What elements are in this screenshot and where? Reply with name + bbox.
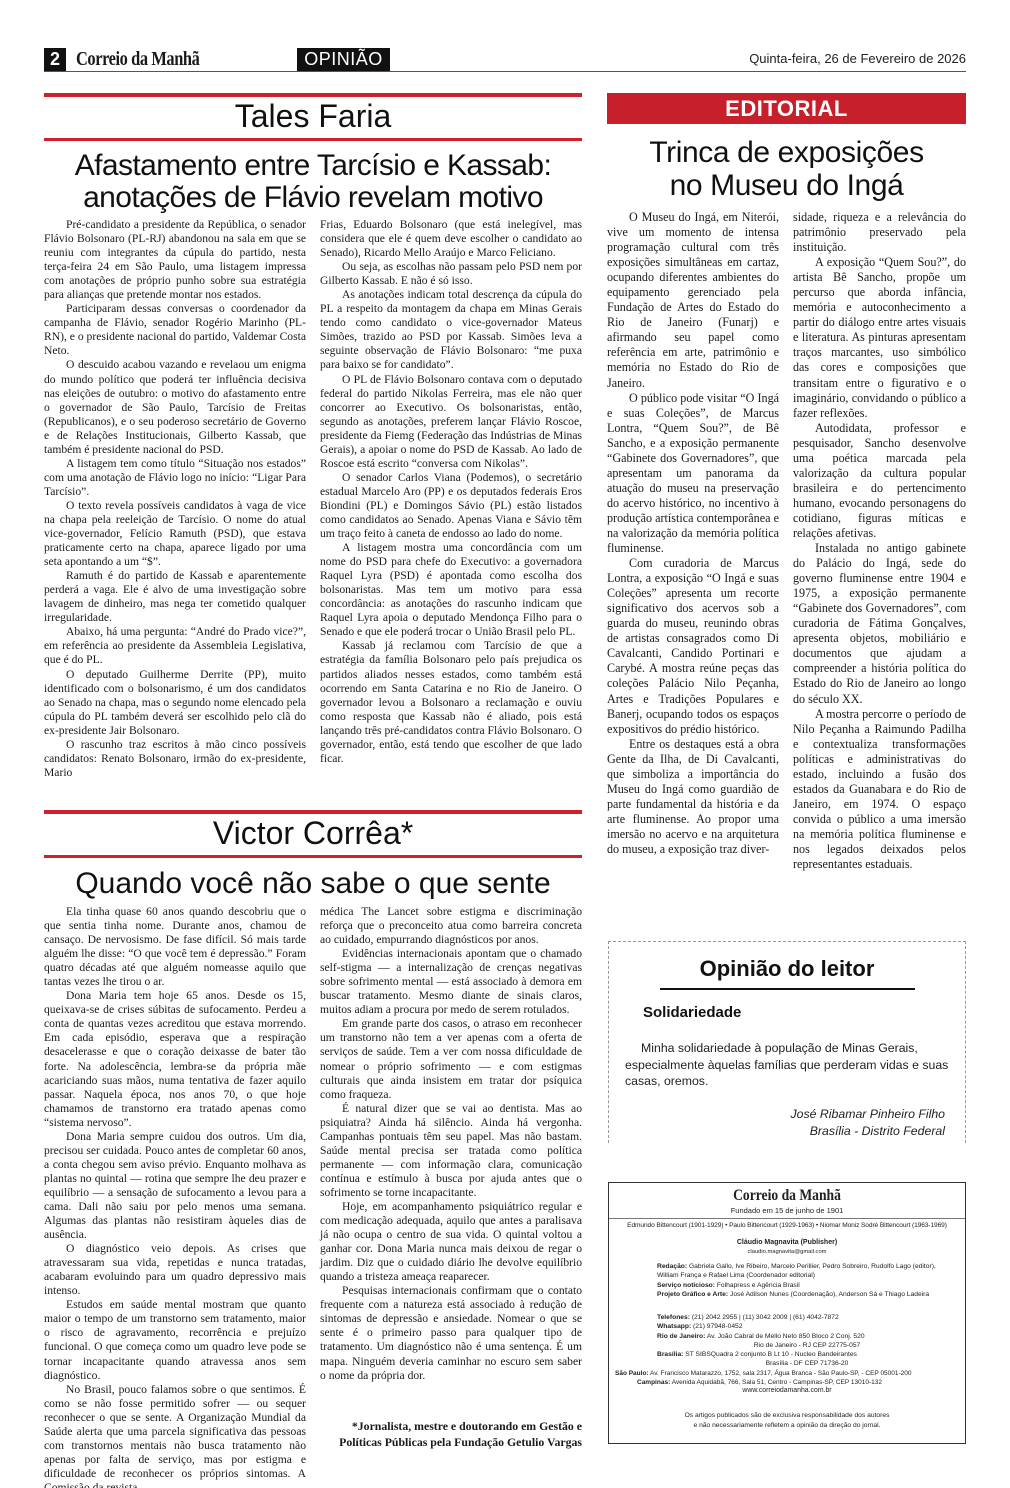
letter-body: Minha solidariedade à população de Minas… bbox=[625, 1040, 955, 1090]
columnist-name: Victor Corrêa* bbox=[44, 815, 582, 852]
paragraph: Evidências internacionais apontam que o … bbox=[320, 947, 582, 1017]
editorial-tag: EDITORIAL bbox=[607, 93, 966, 124]
address-campinas: Avenida Aquidabã, 766, Sala 51, Centro -… bbox=[672, 1379, 882, 1386]
article-column: Ela tinha quase 60 anos quando descobriu… bbox=[44, 905, 306, 1488]
label: São Paulo: bbox=[615, 1370, 649, 1377]
address-brasilia-line2: Brasília - DF CEP 71736-20 bbox=[657, 1359, 957, 1368]
address-rio-line2: Rio de Janeiro - RJ CEP 22775-057 bbox=[657, 1341, 957, 1350]
publisher: Cláudio Magnavita (Publisher) bbox=[609, 1239, 965, 1246]
paragraph: Instalada no antigo gabinete do Palácio … bbox=[793, 541, 966, 707]
paragraph: Dona Maria tem hoje 65 anos. Desde os 15… bbox=[44, 989, 306, 1129]
editorial-column: O Museu do Ingá, em Niterói, vive um mom… bbox=[607, 210, 779, 857]
paragraph: Com curadoria de Marcus Lontra, a exposi… bbox=[607, 556, 779, 737]
red-rule bbox=[44, 138, 582, 141]
paragraph: Entre os destaques está a obra Gente da … bbox=[607, 737, 779, 857]
paragraph: Estudos em saúde mental mostram que quan… bbox=[44, 1298, 306, 1382]
paragraph: O diagnóstico veio depois. As crises que… bbox=[44, 1242, 306, 1298]
headline-line: Trinca de exposições bbox=[607, 136, 966, 169]
label: Rio de Janeiro: bbox=[657, 1333, 705, 1340]
paragraph: O Museu do Ingá, em Niterói, vive um mom… bbox=[607, 210, 779, 391]
paragraph: Kassab já reclamou com Tarcísio de que a… bbox=[320, 639, 582, 765]
newspaper-name[interactable]: Correio da Manhã bbox=[76, 48, 199, 71]
page-number: 2 bbox=[44, 48, 66, 71]
paragraph: A mostra percorre o período de Nilo Peça… bbox=[793, 707, 966, 873]
paragraph: A exposição “Quem Sou?”, do artista Bê S… bbox=[793, 255, 966, 421]
paragraph: médica The Lancet sobre estigma e discri… bbox=[320, 905, 582, 947]
paragraph: Pré-candidato a presidente da República,… bbox=[44, 218, 306, 302]
label: Projeto Gráfico e Arte: bbox=[657, 1291, 728, 1298]
bio-line: Políticas Públicas pela Fundação Getulio… bbox=[320, 1434, 582, 1450]
author-bio: *Jornalista, mestre e doutorando em Gest… bbox=[320, 1418, 582, 1450]
paragraph: A listagem tem como título “Situação nos… bbox=[44, 457, 306, 499]
news-service: Folhapress e Agência Brasil bbox=[717, 1282, 800, 1289]
paragraph: Pesquisas internacionais confirmam que o… bbox=[320, 1284, 582, 1382]
website-link[interactable]: www.correiodamanha.com.br bbox=[609, 1387, 965, 1394]
bio-line: *Jornalista, mestre e doutorando em Gest… bbox=[320, 1418, 582, 1434]
paragraph: O senador Carlos Viana (Podemos), o secr… bbox=[320, 471, 582, 541]
staff-block: Redação: Gabriela Gallo, Ive Ribeiro, Ma… bbox=[657, 1262, 957, 1299]
headline-line: Afastamento entre Tarcísio e Kassab: bbox=[40, 150, 586, 182]
section-tag[interactable]: OPINIÃO bbox=[297, 48, 390, 71]
paragraph: O texto revela possíveis candidatos à va… bbox=[44, 499, 306, 569]
founders-list: Edmundo Bittencourt (1901-1929) • Paulo … bbox=[609, 1222, 965, 1229]
paragraph: Ela tinha quase 60 anos quando descobriu… bbox=[44, 905, 306, 989]
paragraph: As anotações indicam total descrença da … bbox=[320, 288, 582, 372]
publisher-email[interactable]: claudio.magnavita@gmail.com bbox=[609, 1249, 965, 1255]
masthead-credits-box: Correio da Manhã Fundado em 15 de junho … bbox=[608, 1182, 966, 1444]
address-rio: Av. João Cabral de Mello Neto 850 Bloco … bbox=[707, 1333, 865, 1340]
paragraph: O deputado Guilherme Derrite (PP), muito… bbox=[44, 668, 306, 738]
credits-paper-name: Correio da Manhã bbox=[636, 1187, 939, 1205]
editorial-headline[interactable]: Trinca de exposições no Museu do Ingá bbox=[607, 136, 966, 202]
paragraph: O PL de Flávio Bolsonaro contava com o d… bbox=[320, 373, 582, 471]
editorial-column: sidade, riqueza e a relevância do patrim… bbox=[793, 210, 966, 872]
article-headline[interactable]: Quando você não sabe o que sente bbox=[40, 866, 586, 902]
columnist-name: Tales Faria bbox=[44, 98, 582, 135]
headline-line: no Museu do Ingá bbox=[607, 169, 966, 202]
paragraph: O público pode visitar “O Ingá e suas Co… bbox=[607, 391, 779, 557]
contact-block-sp: São Paulo: Av. Francisco Matarazzo, 1752… bbox=[615, 1369, 961, 1388]
paragraph: Autodidata, professor e pesquisador, San… bbox=[793, 421, 966, 541]
label: Redação: bbox=[657, 1263, 687, 1270]
letter-author: José Ribamar Pinheiro Filho bbox=[791, 1106, 945, 1123]
reader-opinion-title: Opinião do leitor bbox=[609, 956, 965, 982]
paragraph: sidade, riqueza e a relevância do patrim… bbox=[793, 210, 966, 255]
phone-numbers: (21) 2042 2955 | (11) 3042 2009 | (61) 4… bbox=[692, 1314, 839, 1321]
paragraph: Participaram dessas conversas o coordena… bbox=[44, 302, 306, 358]
paragraph: Frias, Eduardo Bolsonaro (que está inele… bbox=[320, 218, 582, 260]
issue-date: Quinta-feira, 26 de Fevereiro de 2026 bbox=[749, 51, 966, 66]
letter-signature: José Ribamar Pinheiro Filho Brasília - D… bbox=[791, 1106, 945, 1140]
address-brasilia: ST SIBSQuadra 2 conjunto B Lt 10 - Nucle… bbox=[685, 1351, 857, 1358]
paragraph: Dona Maria sempre cuidou dos outros. Um … bbox=[44, 1130, 306, 1242]
article-column: Frias, Eduardo Bolsonaro (que está inele… bbox=[320, 218, 582, 766]
letter-subject: Solidariedade bbox=[643, 1004, 741, 1021]
staff-newsroom: Gabriela Gallo, Ive Ribeiro, Marcelo Per… bbox=[657, 1263, 936, 1279]
paragraph: O descuido acabou vazando e revelaou um … bbox=[44, 358, 306, 456]
paragraph: Hoje, em acompanhamento psiquiátrico reg… bbox=[320, 1200, 582, 1284]
label: Brasília: bbox=[657, 1351, 683, 1358]
label: Serviço noticioso: bbox=[657, 1282, 715, 1289]
article-column: Pré-candidato a presidente da República,… bbox=[44, 218, 306, 780]
address-saopaulo: Av. Francisco Matarazzo, 1752, sala 2317… bbox=[650, 1370, 911, 1377]
article-headline[interactable]: Afastamento entre Tarcísio e Kassab: ano… bbox=[40, 150, 586, 214]
title-underline bbox=[660, 988, 915, 990]
label: Whatsapp: bbox=[657, 1323, 691, 1330]
label: Telefones: bbox=[657, 1314, 690, 1321]
paragraph: Ramuth é do partido de Kassab e aparente… bbox=[44, 569, 306, 625]
founded-date: Fundado em 15 de junho de 1901 bbox=[609, 1206, 965, 1215]
design-credits: José Adilson Nunes (Coordenação), Anders… bbox=[730, 1291, 929, 1298]
paragraph: Em grande parte dos casos, o atraso em r… bbox=[320, 1017, 582, 1101]
paragraph: Abaixo, há uma pergunta: “André do Prado… bbox=[44, 625, 306, 667]
divider bbox=[609, 1218, 965, 1219]
reader-opinion-box: Opinião do leitor Solidariedade Minha so… bbox=[608, 941, 966, 1143]
red-rule bbox=[44, 93, 582, 97]
paragraph: O rascunho traz escritos à mão cinco pos… bbox=[44, 738, 306, 780]
whatsapp-number: (21) 97948-0452 bbox=[693, 1323, 742, 1330]
paragraph: É natural dizer que se vai ao dentista. … bbox=[320, 1102, 582, 1200]
headline-line: anotações de Flávio revelam motivo bbox=[40, 182, 586, 214]
paragraph: Ou seja, as escolhas não passam pelo PSD… bbox=[320, 260, 582, 288]
label: Campinas: bbox=[637, 1379, 670, 1386]
disclaimer-line: e não necessariamente refletem a opinião… bbox=[609, 1421, 965, 1431]
contact-block: Telefones: (21) 2042 2955 | (11) 3042 20… bbox=[657, 1313, 957, 1369]
disclaimer: Os artigos publicados são de exclusiva r… bbox=[609, 1411, 965, 1430]
paragraph: No Brasil, pouco falamos sobre o que sen… bbox=[44, 1383, 306, 1488]
paragraph: A listagem mostra uma concordância com u… bbox=[320, 541, 582, 639]
red-rule bbox=[44, 810, 582, 814]
article-column: médica The Lancet sobre estigma e discri… bbox=[320, 905, 582, 1383]
red-rule bbox=[44, 855, 582, 858]
page-header: 2 Correio da Manhã OPINIÃO Quinta-feira,… bbox=[44, 48, 966, 72]
disclaimer-line: Os artigos publicados são de exclusiva r… bbox=[609, 1411, 965, 1421]
letter-location: Brasília - Distrito Federal bbox=[791, 1123, 945, 1140]
